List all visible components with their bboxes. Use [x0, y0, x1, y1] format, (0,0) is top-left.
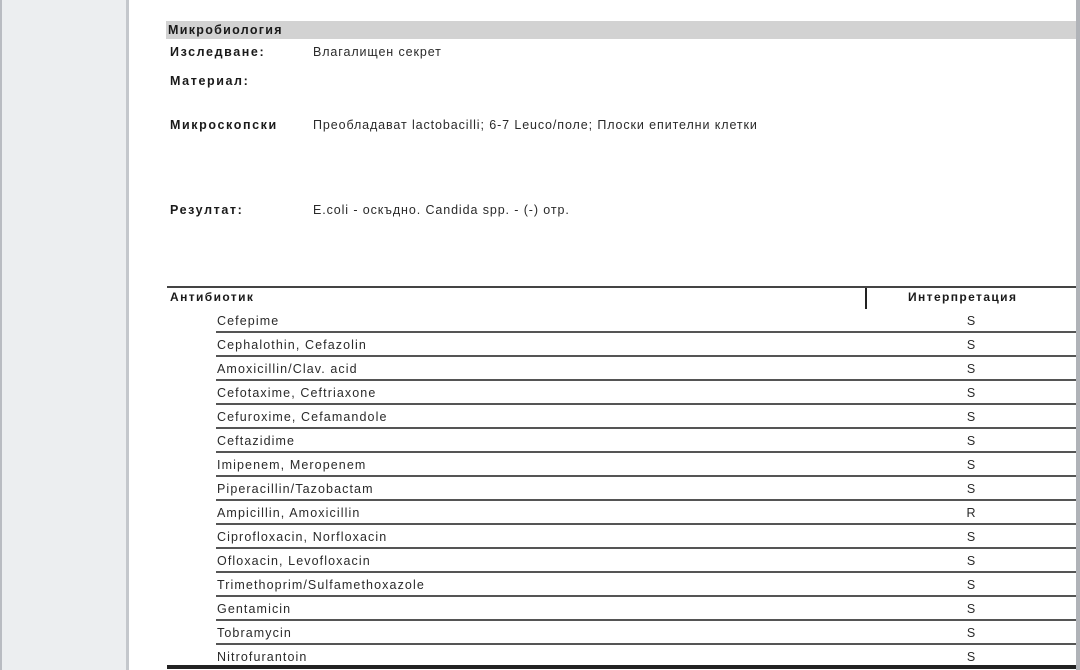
table-row: Cephalothin, CefazolinS — [216, 333, 1076, 357]
antibiotic-name: Cephalothin, Cefazolin — [217, 338, 367, 352]
study-value: Влагалищен секрет — [313, 45, 442, 59]
antibiotic-name: Amoxicillin/Clav. acid — [217, 362, 358, 376]
table-row: Cefotaxime, CeftriaxoneS — [216, 381, 1076, 405]
interpretation-value: S — [966, 554, 976, 568]
header-interpretation: Интерпретация — [908, 290, 1017, 304]
table-row: Amoxicillin/Clav. acidS — [216, 357, 1076, 381]
table-row: Trimethoprim/SulfamethoxazoleS — [216, 573, 1076, 597]
interpretation-value: R — [966, 506, 976, 520]
interpretation-value: S — [966, 362, 976, 376]
interpretation-value: S — [966, 458, 976, 472]
interpretation-value: S — [966, 314, 976, 328]
table-row: GentamicinS — [216, 597, 1076, 621]
result-label: Резултат: — [170, 203, 243, 217]
antibiotic-name: Trimethoprim/Sulfamethoxazole — [217, 578, 425, 592]
table-row: CeftazidimeS — [216, 429, 1076, 453]
interpretation-value: S — [966, 482, 976, 496]
antibiotic-name: Ciprofloxacin, Norfloxacin — [217, 530, 387, 544]
table-row: Cefuroxime, CefamandoleS — [216, 405, 1076, 429]
window-right-border — [1076, 0, 1080, 670]
interpretation-value: S — [966, 650, 976, 664]
antibiotic-name: Cefuroxime, Cefamandole — [217, 410, 388, 424]
antibiotic-name: Imipenem, Meropenem — [217, 458, 366, 472]
table-row: Ampicillin, AmoxicillinR — [216, 501, 1076, 525]
table-row: TobramycinS — [216, 621, 1076, 645]
table-bottom-border — [167, 665, 1077, 669]
header-divider — [865, 288, 867, 309]
table-row: Ofloxacin, LevofloxacinS — [216, 549, 1076, 573]
interpretation-value: S — [966, 530, 976, 544]
antibiotic-name: Nitrofurantoin — [217, 650, 307, 664]
table-row: Piperacillin/TazobactamS — [216, 477, 1076, 501]
table-row: CefepimeS — [216, 309, 1076, 333]
table-row: Ciprofloxacin, NorfloxacinS — [216, 525, 1076, 549]
microscopy-value: Преобладават lactobacilli; 6-7 Leuco/пол… — [313, 118, 758, 132]
material-label: Материал: — [170, 74, 249, 88]
document-page: Микробиология Изследване: Влагалищен сек… — [129, 0, 1076, 670]
table-top-border — [167, 286, 1077, 288]
antibiotic-name: Ceftazidime — [217, 434, 295, 448]
antibiotic-name: Cefepime — [217, 314, 279, 328]
antibiotic-name: Gentamicin — [217, 602, 291, 616]
interpretation-value: S — [966, 602, 976, 616]
antibiotic-name: Cefotaxime, Ceftriaxone — [217, 386, 376, 400]
table-row: Imipenem, MeropenemS — [216, 453, 1076, 477]
antibiotic-name: Piperacillin/Tazobactam — [217, 482, 374, 496]
interpretation-value: S — [966, 410, 976, 424]
viewer-sidebar — [2, 0, 126, 670]
result-value: E.coli - оскъдно. Candida spp. - (-) отр… — [313, 203, 570, 217]
header-antibiotic: Антибиотик — [170, 290, 254, 304]
antibiotic-name: Tobramycin — [217, 626, 292, 640]
interpretation-value: S — [966, 386, 976, 400]
section-title: Микробиология — [166, 21, 1076, 39]
microscopy-label: Микроскопски — [170, 118, 278, 132]
interpretation-value: S — [966, 338, 976, 352]
interpretation-value: S — [966, 434, 976, 448]
antibiotic-name: Ampicillin, Amoxicillin — [217, 506, 360, 520]
interpretation-value: S — [966, 626, 976, 640]
antibiotic-name: Ofloxacin, Levofloxacin — [217, 554, 371, 568]
study-label: Изследване: — [170, 45, 265, 59]
interpretation-value: S — [966, 578, 976, 592]
